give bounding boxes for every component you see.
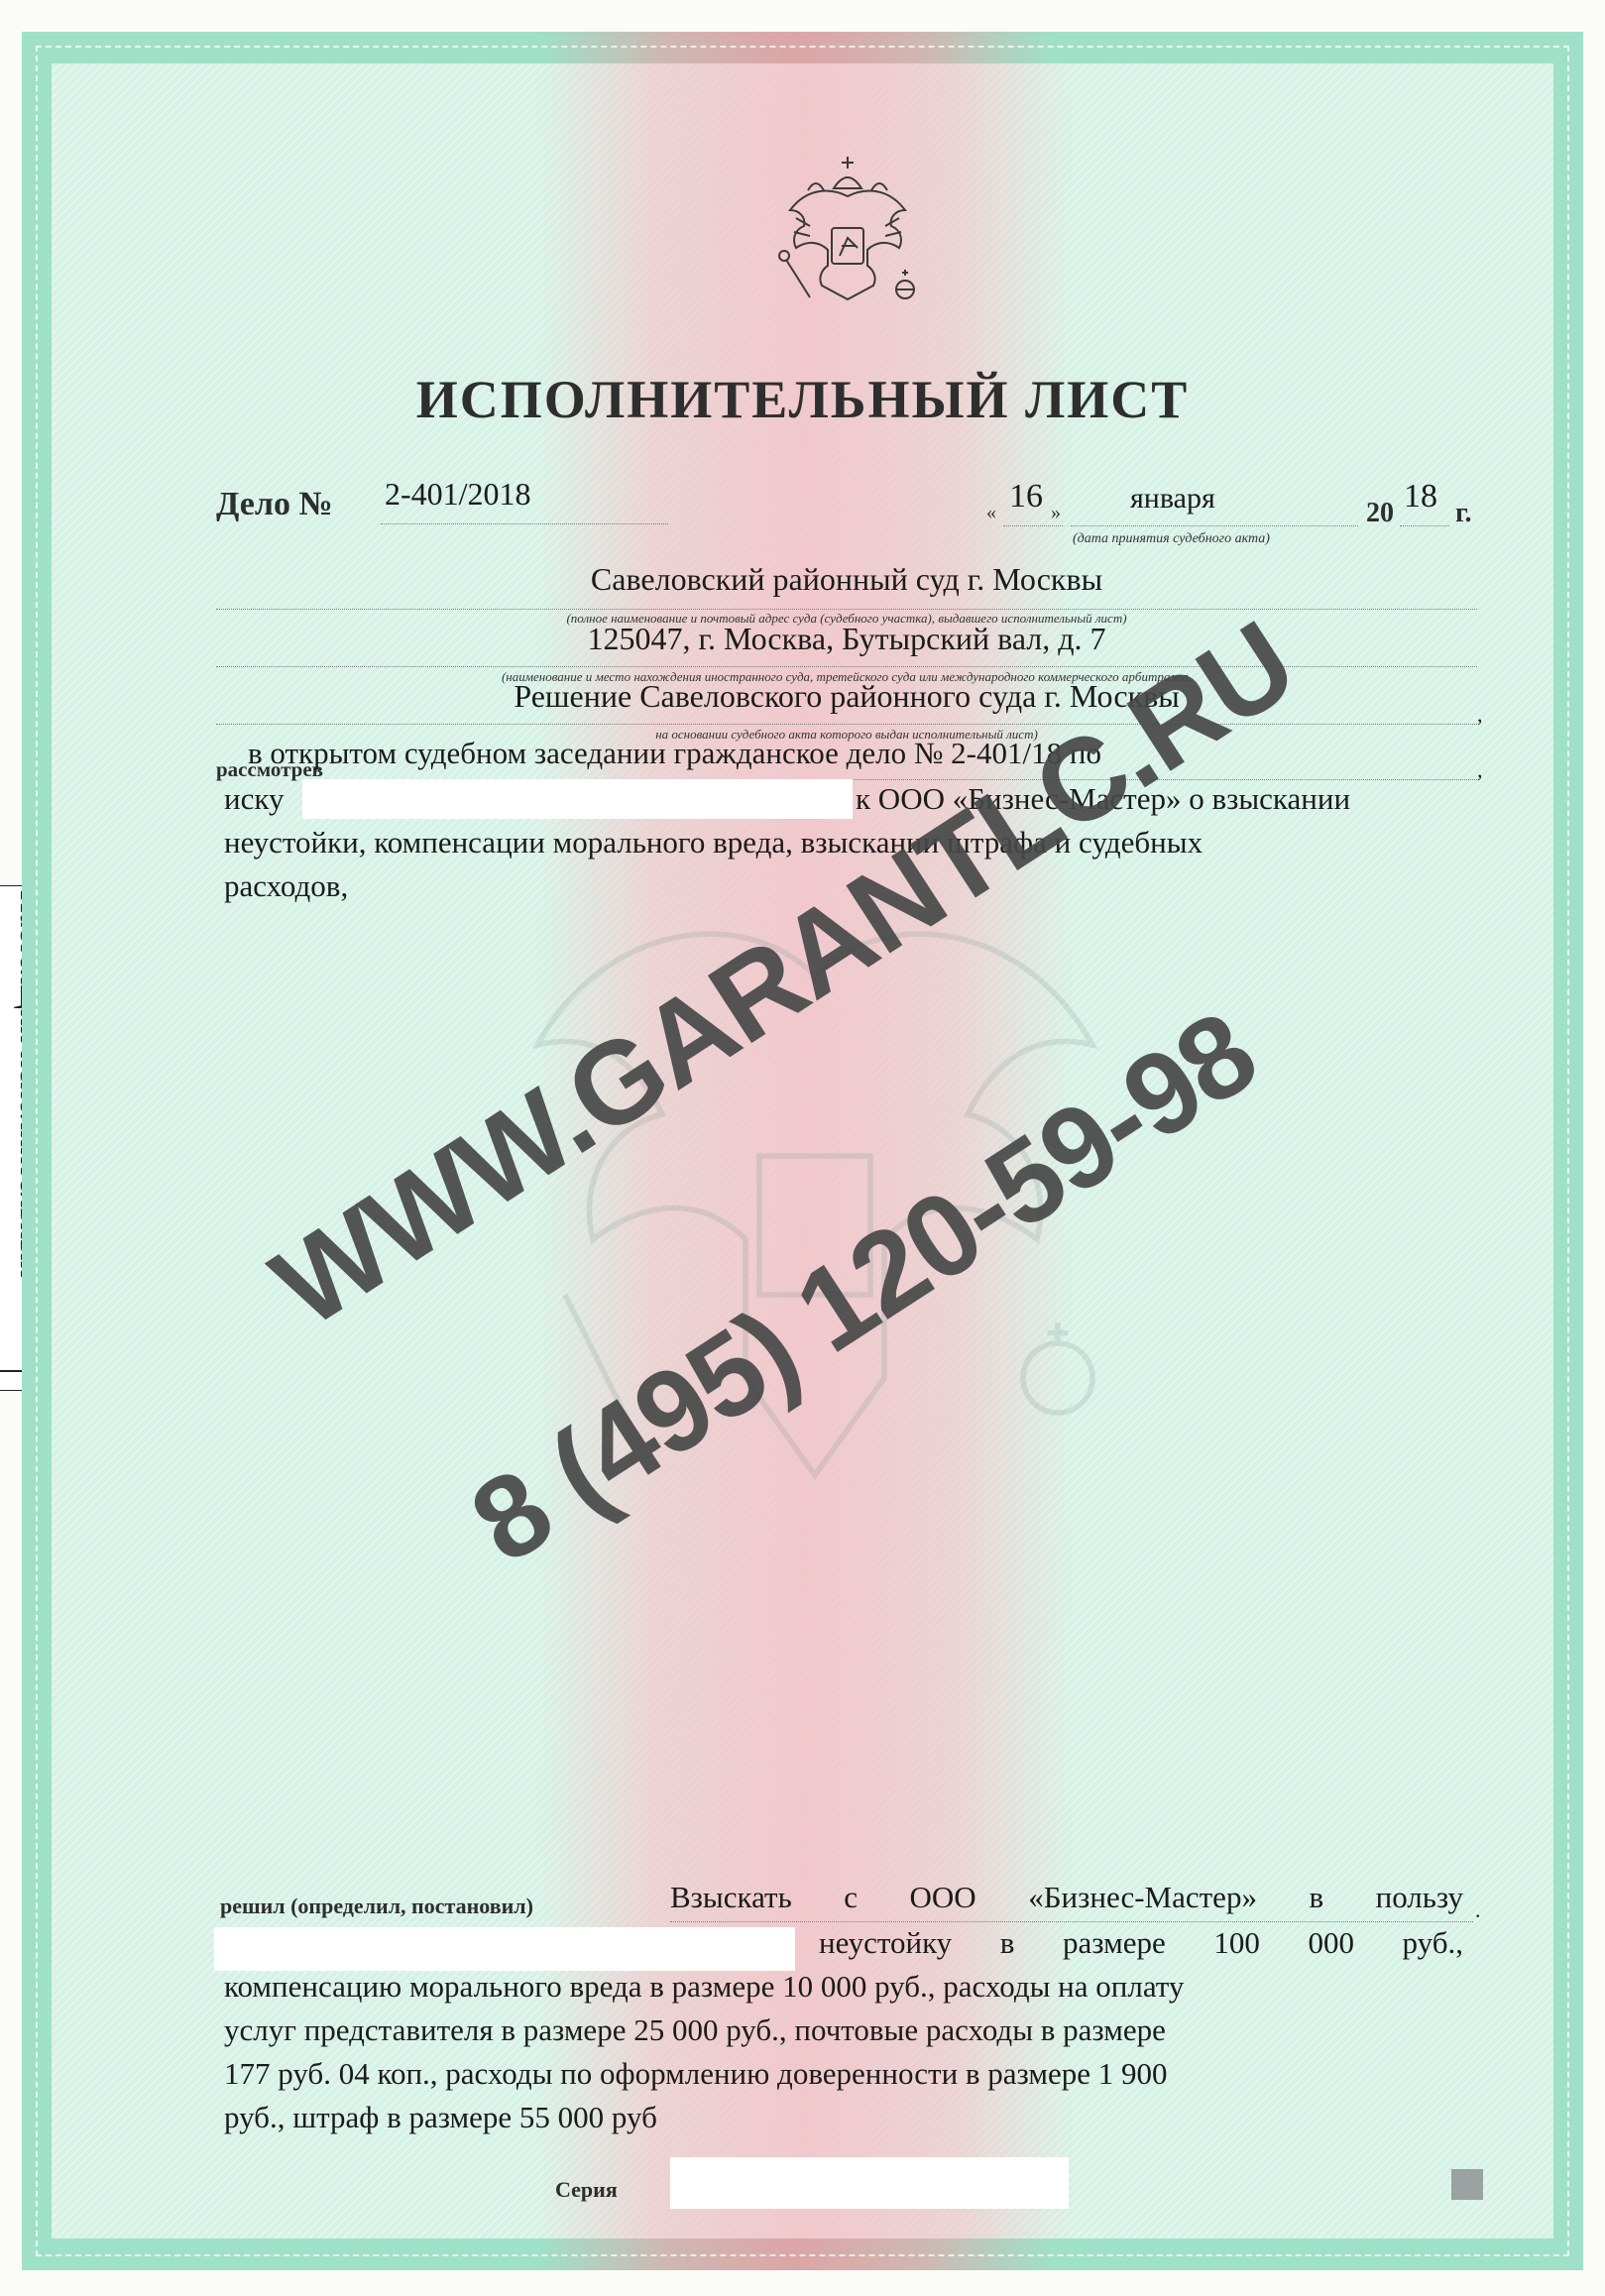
date-day-underline	[1003, 525, 1063, 526]
considered-comma: ,	[1477, 757, 1483, 783]
redacted-plaintiff-name	[302, 779, 853, 819]
considered-line-2-prefix: иску	[224, 781, 284, 817]
date-century: 20	[1366, 498, 1394, 529]
series-label: Серия	[555, 2177, 618, 2203]
date-caption: (дата принятия судебного акта)	[1073, 531, 1270, 547]
decision-line-4: услуг представителя в размере 25 000 руб…	[224, 2012, 1166, 2048]
decision-line-3: компенсацию морального вреда в размере 1…	[224, 1969, 1184, 2005]
case-number-value: 2-401/2018	[385, 476, 531, 513]
case-number-label: Дело №	[216, 486, 333, 523]
decision-period: .	[1475, 1897, 1481, 1923]
date-year-underline	[1400, 525, 1449, 526]
date-close-quote: »	[1051, 502, 1061, 524]
decision-label: решил (определил, постановил)	[220, 1894, 533, 1919]
date-month-underline	[1071, 525, 1358, 526]
decision-line-1: Взыскать с ООО «Бизнес-Мастер» в пользу	[670, 1880, 1463, 1915]
date-suffix: г.	[1455, 498, 1472, 529]
date-month: января	[1130, 482, 1215, 516]
document-title: ИСПОЛНИТЕЛЬНЫЙ ЛИСТ	[0, 369, 1605, 430]
considered-line-1: в открытом судебном заседании гражданско…	[248, 736, 1101, 771]
court-name-underline	[216, 609, 1477, 610]
redacted-series-number	[670, 2157, 1069, 2209]
court-name: Савеловский районный суд г. Москвы	[216, 561, 1477, 598]
coat-of-arms-icon	[768, 149, 927, 312]
date-open-quote: «	[986, 502, 996, 524]
decision-line-2-suffix: неустойку в размере 100 000 руб.,	[819, 1925, 1463, 1961]
decision-underline	[670, 1921, 1473, 1922]
decision-line-5: 177 руб. 04 коп., расходы по оформлению …	[224, 2056, 1168, 2092]
redacted-recipient-name	[214, 1927, 795, 1971]
case-number-underline	[381, 523, 668, 524]
decision-line-6: руб., штраф в размере 55 000 руб	[224, 2100, 657, 2135]
court-basis-comma: ,	[1477, 702, 1483, 728]
corner-marker-square	[1451, 2169, 1483, 2200]
considered-line-4: расходов,	[224, 868, 348, 904]
court-address: 125047, г. Москва, Бутырский вал, д. 7	[216, 621, 1477, 657]
date-year: 18	[1404, 478, 1437, 516]
date-day: 16	[1009, 478, 1043, 516]
